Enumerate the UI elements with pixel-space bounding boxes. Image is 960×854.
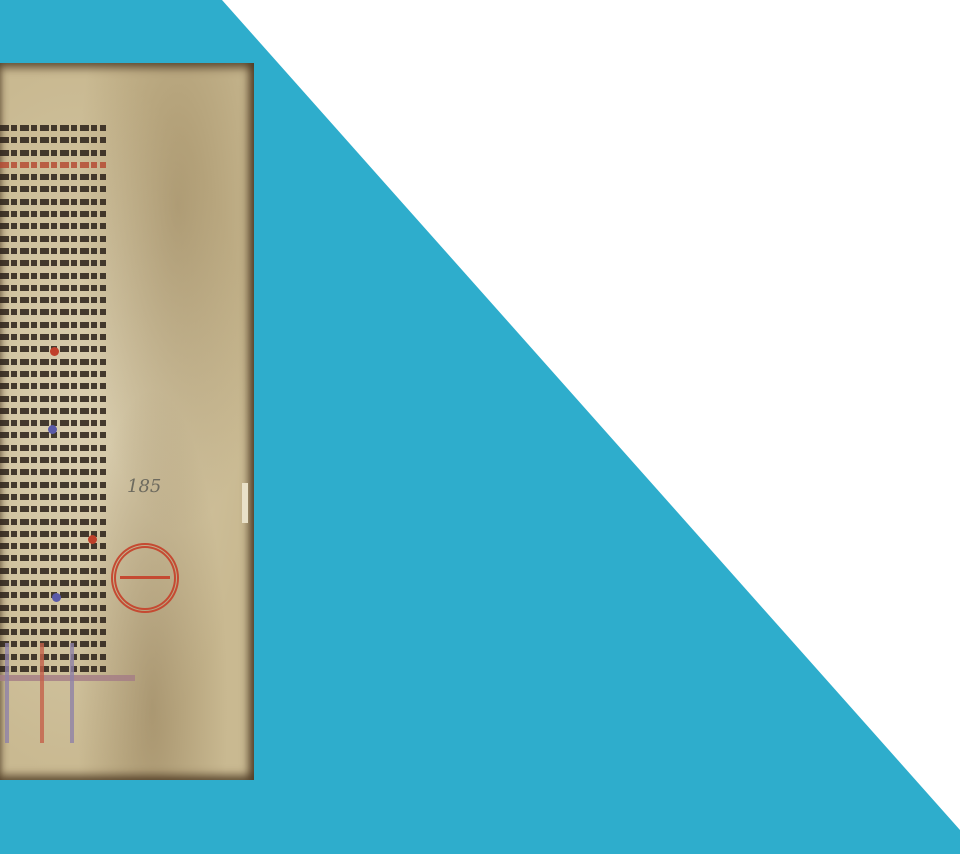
tree-diagram-branch: [0, 675, 135, 681]
rota-diagram-icon: [111, 543, 179, 613]
manuscript-image: 185: [0, 63, 254, 780]
tree-diagram-stem: [70, 643, 74, 743]
red-initial-decoration: [88, 535, 97, 544]
tree-diagram-stem: [40, 643, 44, 743]
page-edge: [242, 483, 248, 523]
margin-annotation: 185: [127, 476, 161, 497]
tree-diagram-stem: [5, 643, 9, 743]
blue-initial-decoration: [52, 593, 61, 602]
red-initial-decoration: [50, 347, 59, 356]
blue-initial-decoration: [48, 425, 57, 434]
